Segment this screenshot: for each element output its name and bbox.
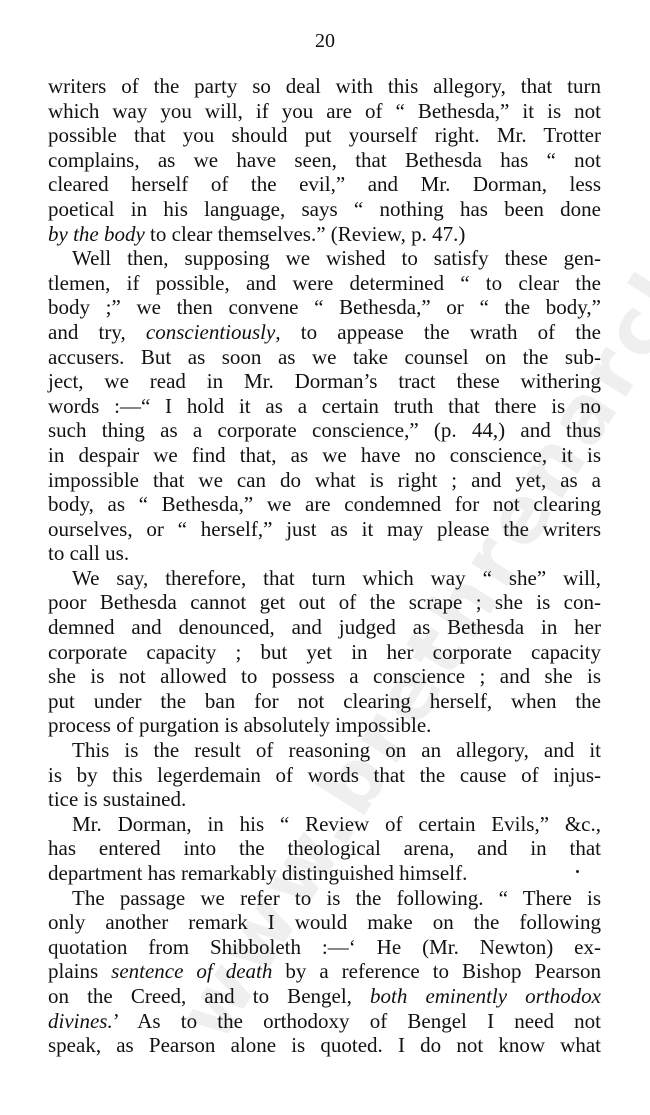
- text-line: to call us.: [48, 541, 601, 566]
- text-span: , to appease the wrath of the: [275, 320, 601, 344]
- text-line: poetical in his language, says “ nothing…: [48, 197, 601, 222]
- text-line: put under the ban for not clearing herse…: [48, 689, 601, 714]
- text-line: corporate capacity ; but yet in her corp…: [48, 640, 601, 665]
- text-line: by the body to clear themselves.” (Revie…: [48, 222, 601, 247]
- paragraph-start-line: We say, therefore, that turn which way “…: [48, 566, 601, 591]
- text-line: possible that you should put yourself ri…: [48, 123, 601, 148]
- text-span: plains: [48, 959, 111, 983]
- text-line: accusers. But as soon as we take counsel…: [48, 345, 601, 370]
- text-line: only another remark I would make on the …: [48, 910, 601, 935]
- text-line: she is not allowed to possess a conscien…: [48, 664, 601, 689]
- text-line: demned and denounced, and judged as Beth…: [48, 615, 601, 640]
- text-line: plains sentence of death by a reference …: [48, 959, 601, 984]
- text-span: to clear themselves.” (Review, p. 47.): [145, 222, 466, 246]
- page-body-text: writers of the party so deal with this a…: [48, 74, 601, 1058]
- text-line: body, as “ Bethesda,” we are condemned f…: [48, 492, 601, 517]
- italic-emphasis: sentence of death: [111, 959, 272, 983]
- text-span: by a reference to Bishop Pearson: [272, 959, 601, 983]
- text-line: words :—“ I hold it as a certain truth t…: [48, 394, 601, 419]
- paragraph-start-line: Well then, supposing we wished to satisf…: [48, 246, 601, 271]
- italic-emphasis: by the body: [48, 222, 145, 246]
- paragraph-start-line: The passage we refer to is the following…: [48, 886, 601, 911]
- text-line: impossible that we can do what is right …: [48, 468, 601, 493]
- text-line: process of purgation is absolutely impos…: [48, 713, 601, 738]
- text-span: ’ As to the orthodoxy of Bengel I need n…: [113, 1009, 601, 1033]
- text-line: quotation from Shibboleth :—‘ He (Mr. Ne…: [48, 935, 601, 960]
- text-line: such thing as a corporate conscience,” (…: [48, 418, 601, 443]
- text-line: tlemen, if possible, and were determined…: [48, 271, 601, 296]
- stray-mark: [576, 870, 579, 873]
- text-line: and try, conscientiously, to appease the…: [48, 320, 601, 345]
- text-line: department has remarkably distinguished …: [48, 861, 601, 886]
- text-line: cleared herself of the evil,” and Mr. Do…: [48, 172, 601, 197]
- paragraph-start-line: This is the result of reasoning on an al…: [48, 738, 601, 763]
- italic-emphasis: conscientiously: [146, 320, 275, 344]
- text-line: complains, as we have seen, that Bethesd…: [48, 148, 601, 173]
- text-line: in despair we find that, as we have no c…: [48, 443, 601, 468]
- text-span: on the Creed, and to Bengel,: [48, 984, 370, 1008]
- text-line: ourselves, or “ herself,” just as it may…: [48, 517, 601, 542]
- italic-emphasis: divines.: [48, 1009, 113, 1033]
- text-line: divines.’ As to the orthodoxy of Bengel …: [48, 1009, 601, 1034]
- italic-emphasis: both eminently orthodox: [370, 984, 601, 1008]
- text-line: poor Bethesda cannot get out of the scra…: [48, 590, 601, 615]
- text-line: on the Creed, and to Bengel, both eminen…: [48, 984, 601, 1009]
- text-span: and try,: [48, 320, 146, 344]
- page-number: 20: [0, 30, 650, 53]
- text-line: writers of the party so deal with this a…: [48, 74, 601, 99]
- text-line: body ;” we then convene “ Bethesda,” or …: [48, 295, 601, 320]
- text-line: which way you will, if you are of “ Beth…: [48, 99, 601, 124]
- text-line: speak, as Pearson alone is quoted. I do …: [48, 1033, 601, 1058]
- text-line: is by this legerdemain of words that the…: [48, 763, 601, 788]
- text-line: ject, we read in Mr. Dorman’s tract thes…: [48, 369, 601, 394]
- text-line: has entered into the theological arena, …: [48, 836, 601, 861]
- text-line: tice is sustained.: [48, 787, 601, 812]
- paragraph-start-line: Mr. Dorman, in his “ Review of certain E…: [48, 812, 601, 837]
